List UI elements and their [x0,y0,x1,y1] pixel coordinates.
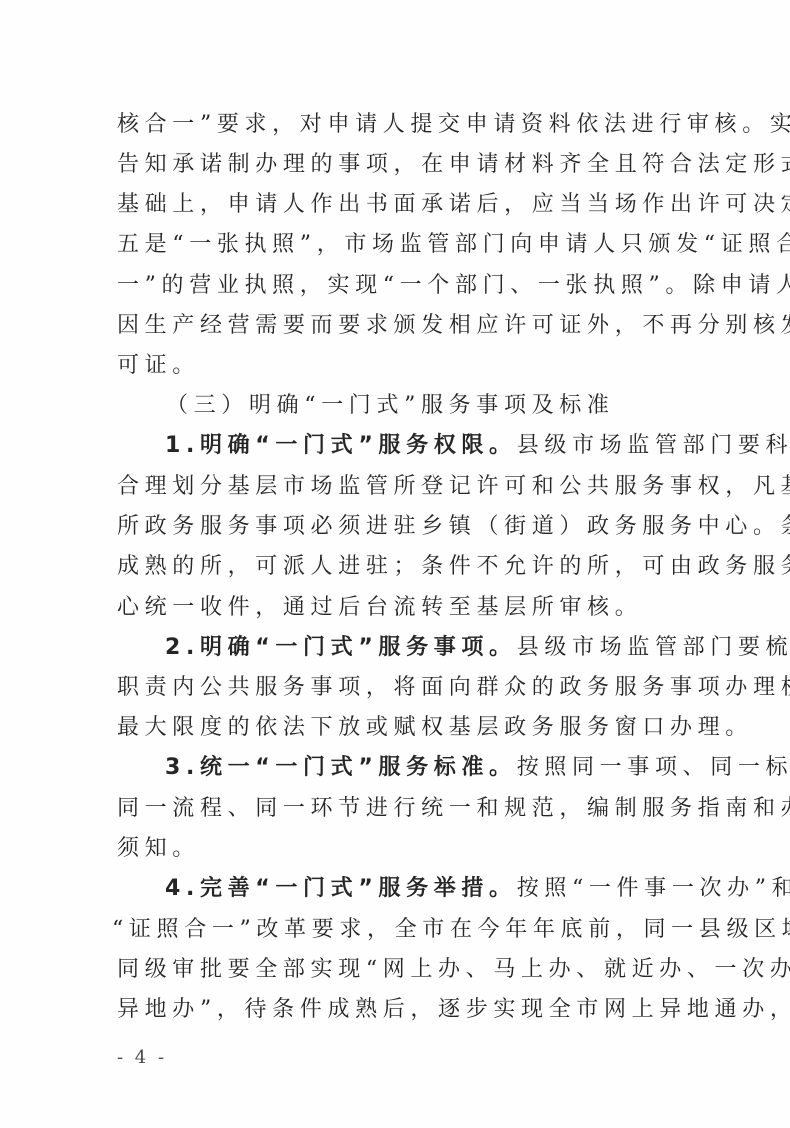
item-title: 4.完善“一门式”服务举措。 [165,876,517,901]
line-text: 五是“一张执照”，市场监管部门向申请人只颁发“证照合 [117,232,790,257]
line-text: 最大限度的依法下放或赋权基层政务服务窗口办理。 [117,715,753,740]
body-text-line: “证照合一”改革要求，全市在今年年底前，同一县级区域 [112,916,790,944]
line-text: 须知。 [117,836,200,861]
line-text: 县级市场监管部门要梳理 [517,635,790,660]
line-text: 因生产经营需要而要求颁发相应许可证外，不再分别核发许 [117,313,790,338]
body-text-line: 合理划分基层市场监管所登记许可和公共服务事权，凡基层 [117,473,790,501]
line-text: 基础上，申请人作出书面承诺后，应当当场作出许可决定； [117,192,790,217]
body-text-line: 职责内公共服务事项，将面向群众的政务服务事项办理权限 [117,674,790,702]
line-text: 心统一收件，通过后台流转至基层所审核。 [117,595,642,620]
item-title: 1.明确“一门式”服务权限。 [165,433,517,458]
line-text: 同级审批要全部实现“网上办、马上办、就近办、一次办、 [117,957,790,982]
line-text: 职责内公共服务事项，将面向群众的政务服务事项办理权限 [117,675,790,700]
item-title: 3.统一“一门式”服务标准。 [165,755,517,780]
line-text: 异地办”，待条件成熟后，逐步实现全市网上异地通办，打 [117,997,790,1022]
line-text: 核合一”要求，对申请人提交申请资料依法进行审核。实行 [117,112,790,137]
line-text: 成熟的所，可派人进驻；条件不允许的所，可由政务服务中 [117,554,790,579]
body-text-line: 成熟的所，可派人进驻；条件不允许的所，可由政务服务中 [117,553,790,581]
body-text-line: 因生产经营需要而要求颁发相应许可证外，不再分别核发许 [117,312,790,340]
page-number: - 4 - [117,1046,167,1070]
line-text: “证照合一”改革要求，全市在今年年底前，同一县级区域 [112,917,790,942]
document-page: 核合一”要求，对申请人提交申请资料依法进行审核。实行 告知承诺制办理的事项，在申… [0,0,790,1128]
line-text: 一”的营业执照，实现“一个部门、一张执照”。除申请人 [117,273,790,298]
section-heading-text: （三）明确“一门式”服务事项及标准 [166,393,615,418]
item-title: 2.明确“一门式”服务事项。 [165,635,517,660]
item-heading-line: 2.明确“一门式”服务事项。县级市场监管部门要梳理 [165,634,790,662]
section-heading: （三）明确“一门式”服务事项及标准 [166,392,615,420]
item-heading-line: 3.统一“一门式”服务标准。按照同一事项、同一标准、 [165,754,790,782]
body-text-line: 所政务服务事项必须进驻乡镇（街道）政务服务中心。条件 [117,513,790,541]
body-text-line: 告知承诺制办理的事项，在申请材料齐全且符合法定形式的 [117,151,790,179]
line-text: 县级市场监管部门要科学、 [517,433,790,458]
body-text-line: 异地办”，待条件成熟后，逐步实现全市网上异地通办，打 [117,996,790,1024]
item-heading-line: 1.明确“一门式”服务权限。县级市场监管部门要科学、 [165,432,790,460]
body-text-line: 同级审批要全部实现“网上办、马上办、就近办、一次办、 [117,956,790,984]
line-text: 告知承诺制办理的事项，在申请材料齐全且符合法定形式的 [117,152,790,177]
body-text-line: 一”的营业执照，实现“一个部门、一张执照”。除申请人 [117,272,790,300]
line-text: 按照同一事项、同一标准、 [517,755,790,780]
line-text: 可证。 [117,353,200,378]
body-text-line: 五是“一张执照”，市场监管部门向申请人只颁发“证照合 [117,231,790,259]
line-text: 所政务服务事项必须进驻乡镇（街道）政务服务中心。条件 [117,514,790,539]
item-heading-line: 4.完善“一门式”服务举措。按照“一件事一次办”和 [165,875,790,903]
line-text: 按照“一件事一次办”和 [517,876,790,901]
body-text-line: 须知。 [117,835,200,863]
body-text-line: 最大限度的依法下放或赋权基层政务服务窗口办理。 [117,714,753,742]
body-text-line: 基础上，申请人作出书面承诺后，应当当场作出许可决定； [117,191,790,219]
body-text-line: 核合一”要求，对申请人提交申请资料依法进行审核。实行 [117,111,790,139]
line-text: 合理划分基层市场监管所登记许可和公共服务事权，凡基层 [117,474,790,499]
body-text-line: 可证。 [117,352,200,380]
body-text-line: 心统一收件，通过后台流转至基层所审核。 [117,594,642,622]
line-text: 同一流程、同一环节进行统一和规范，编制服务指南和办理 [117,796,790,821]
body-text-line: 同一流程、同一环节进行统一和规范，编制服务指南和办理 [117,795,790,823]
